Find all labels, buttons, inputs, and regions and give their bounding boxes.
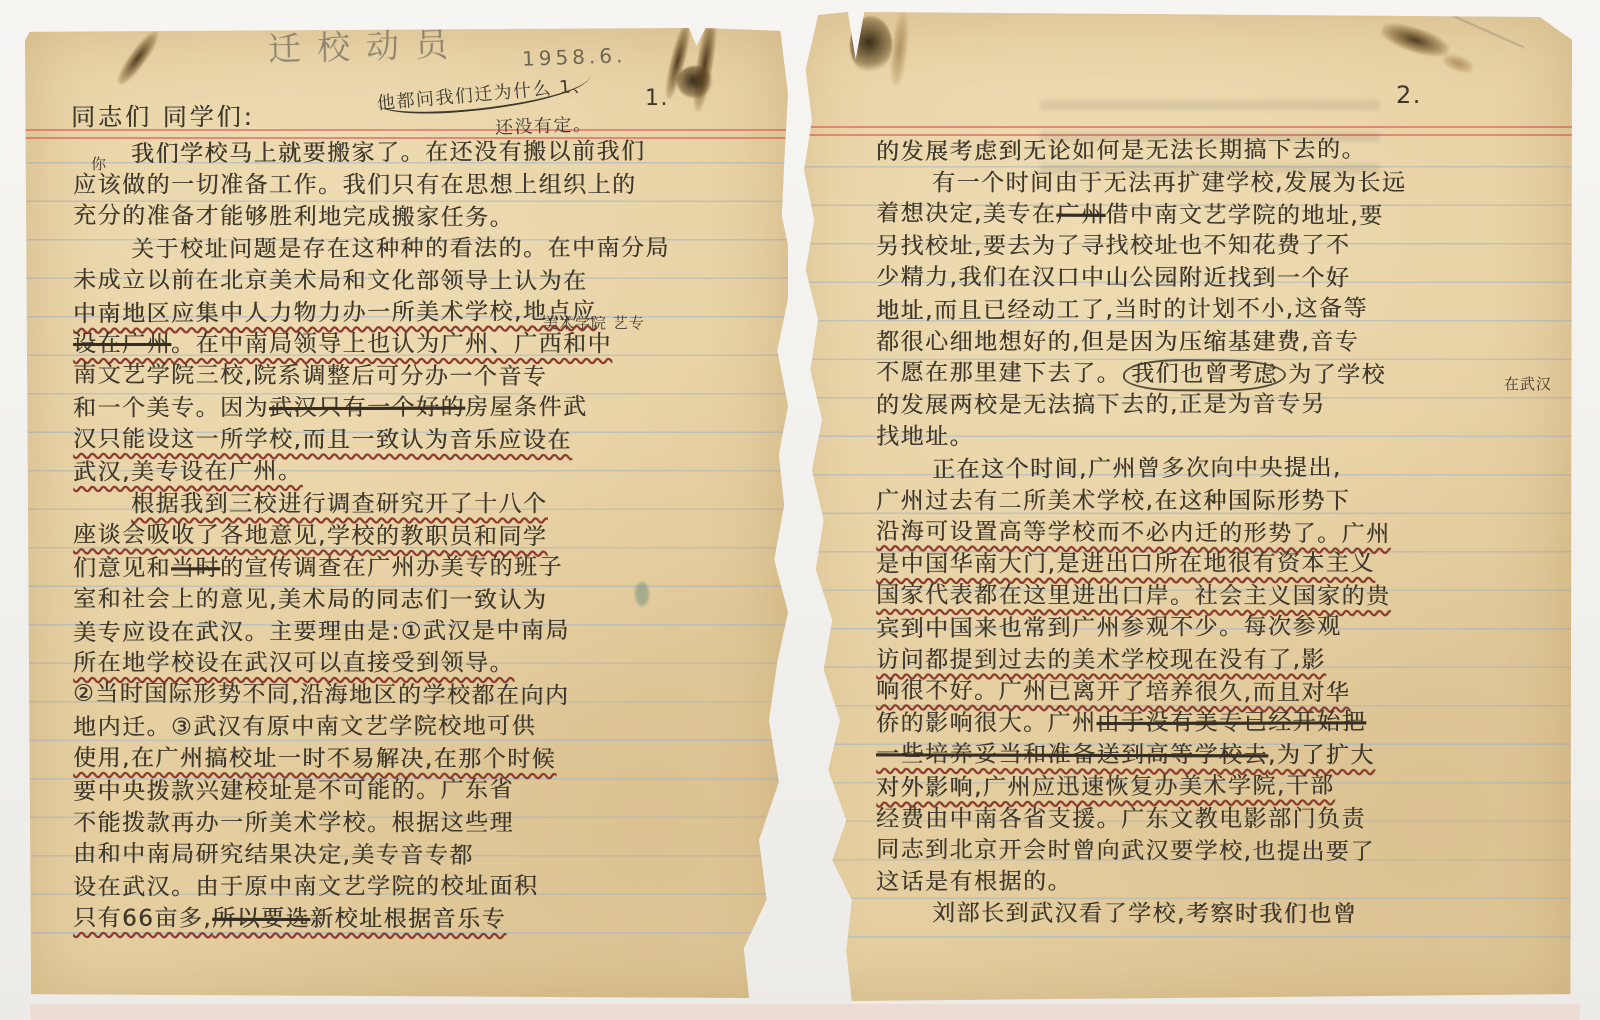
underlying-sheet-edge — [30, 1004, 1580, 1020]
handwriting-line: 应该做的一切准备工作。我们只有在思想上组织上的 — [73, 170, 637, 200]
ink-stain — [1440, 51, 1475, 76]
ink-stain — [113, 27, 164, 88]
handwriting-line: 是中国华南大门,是进出口所在地很有资本主义 — [876, 549, 1375, 580]
handwriting-line: 地内迁。③武汉有原中南文艺学院校地可供 — [73, 712, 536, 743]
handwriting-line: 正在这个时间,广州曾多次向中央提出, — [932, 453, 1342, 485]
handwriting-line: 不能拨款再办一所美术学校。根据这些理 — [73, 808, 514, 838]
handwriting-line: 响很不好。广州已离开了培养很久,而且对华 — [876, 675, 1350, 707]
handwriting-line: 有一个时间由于无法再扩建学校,发展为长远 — [932, 168, 1406, 198]
handwriting-line: 这话是有根据的。 — [876, 867, 1072, 898]
ink-stain — [677, 66, 713, 98]
pencil-scratch — [1396, 0, 1525, 48]
handwriting-line: 经费由中南各省支援。广东文教电影部门负责 — [876, 804, 1366, 834]
letter-date: 1958.6. — [522, 40, 627, 74]
handwriting-line: 着想决定,美专在广州借中南文艺学院的地址,要 — [876, 198, 1384, 231]
handwriting-line: 地址,而且已经动工了,当时的计划不小,这备等 — [876, 294, 1368, 327]
handwriting-line: 座谈会吸收了各地意见,学校的教职员和同学 — [73, 520, 547, 552]
handwriting-line: 充分的准备才能够胜利地完成搬家任务。 — [73, 201, 514, 233]
handwriting-line: 汉只能设这一所学校,而且一致认为音乐应设在 — [73, 424, 572, 455]
interline-note: 美术学院 艺专 — [543, 315, 645, 331]
handwriting-line: 沿海可设置高等学校而不必内迁的形势了。广州 — [876, 516, 1391, 549]
handwriting-line: 国家代表都在这里进出口岸。社会主义国家的贵 — [876, 581, 1391, 612]
handwriting-line: 由和中南局研究结果决定,美专音专都 — [73, 839, 474, 871]
handwriting-line: 们意见和当时的宣传调查在广州办美专的班子 — [73, 552, 563, 583]
handwriting-line: 对外影响,广州应迅速恢复办美术学院,干部 — [876, 771, 1335, 803]
interline-note: 还没有定。 — [495, 114, 593, 139]
page-1: 迁校动员 1958.6. 1. 同志们 同学们: 他都问我们迁为什么 1、 还没… — [25, 26, 788, 1000]
ink-stain — [1378, 18, 1452, 62]
handwriting-line: 我们学校马上就要搬家了。在还没有搬以前我们 — [131, 137, 646, 170]
handwriting-line: 和一个美专。因为武汉只有一个好的房屋条件武 — [73, 393, 588, 424]
handwriting-line: 根据我到三校进行调查研究开了十八个 — [131, 489, 548, 519]
handwriting-line: 未成立以前在北京美术局和文化部领导上认为在 — [73, 265, 588, 296]
handwriting-line: 同志到北京开会时曾向武汉要学校,也提出要了 — [876, 834, 1375, 867]
handwriting-line: 设在广州。在中南局领导上也认为广州、广西和中 — [73, 329, 612, 359]
handwriting-line: 少精力,我们在汉口中山公园附近找到一个好 — [876, 263, 1350, 294]
handwriting-line: 设在武汉。由于原中南文艺学院的校址面积 — [73, 871, 539, 902]
ink-stain — [850, 16, 892, 74]
handwriting-line: 美专应设在武汉。主要理由是:①武汉是中南局 — [73, 615, 570, 648]
handwriting-line: 侨的影响很大。广州由于没有美专已经开始把 — [876, 708, 1366, 739]
handwriting-line: 刘部长到武汉看了学校,考察时我们也曾 — [932, 899, 1357, 930]
page-number: 2. — [1396, 80, 1422, 110]
ink-stain — [689, 13, 720, 112]
interline-note: 你 — [91, 156, 107, 172]
handwriting-line: 使用,在广州搞校址一时不易解决,在那个时候 — [73, 743, 556, 774]
letter-title: 迁校动员 — [268, 29, 465, 64]
interline-note: 在武汉 — [1504, 376, 1552, 392]
ink-stain — [888, 11, 911, 86]
handwriting-line: 室和社会上的意见,美术局的同志们一致认为 — [73, 584, 547, 615]
handwriting-line: 关于校址问题是存在这种种的看法的。在中南分局 — [131, 233, 670, 264]
handwriting-line: 宾到中国来也常到广州参观不少。每次参观 — [876, 612, 1342, 644]
handwriting-line: 的发展考虑到无论如何是无法长期搞下去的。 — [876, 135, 1366, 168]
handwriting-line: 武汉,美专设在广州。 — [73, 456, 302, 487]
handwriting-line: 不愿在那里建下去了。我们也曾考虑为了学校 — [876, 357, 1386, 390]
handwriting-line: 要中央拨款兴建校址是不可能的。广东省 — [73, 775, 514, 807]
page-number: 1. — [645, 84, 669, 114]
handwriting-line: 一些培养妥当和准备送到高等学校去,为了扩大 — [876, 740, 1375, 771]
handwriting-line: 只有66亩多,所以要选新校址根据音乐专 — [73, 903, 506, 934]
interline-note: 他都问我们迁为什么 1、 — [376, 75, 593, 120]
handwriting-line: ②当时国际形势不同,沿海地区的学校都在向内 — [73, 679, 570, 712]
handwriting-line: 找地址。 — [876, 422, 974, 452]
salutation: 同志们 同学们: — [71, 102, 255, 132]
handwriting-line: 的发展两校是无法搞下去的,正是为音专另 — [876, 390, 1326, 421]
handwriting-line: 广州过去有二所美术学校,在这种国际形势下 — [876, 486, 1350, 516]
handwriting-line: 中南地区应集中人力物力办一所美术学校,地点应 — [73, 296, 596, 329]
handwriting-line: 另找校址,要去为了寻找校址也不知花费了不 — [876, 231, 1350, 262]
page-2: 2. 的发展考虑到无论如何是无法长期搞下去的。有一个时间由于无法再扩建学校,发展… — [790, 12, 1572, 1004]
handwriting-line: 访问都提到过去的美术学校现在没有了,影 — [876, 645, 1326, 675]
handwriting-line: 都很心细地想好的,但是因为压缩基建费,音专 — [876, 327, 1359, 357]
handwriting-line: 所在地学校设在武汉可以直接受到领导。 — [73, 648, 514, 678]
handwriting-line: 南文艺学院三校,院系调整后可分办一个音专 — [73, 360, 547, 392]
scanned-letter: 迁校动员 1958.6. 1. 同志们 同学们: 他都问我们迁为什么 1、 还没… — [0, 0, 1600, 1020]
